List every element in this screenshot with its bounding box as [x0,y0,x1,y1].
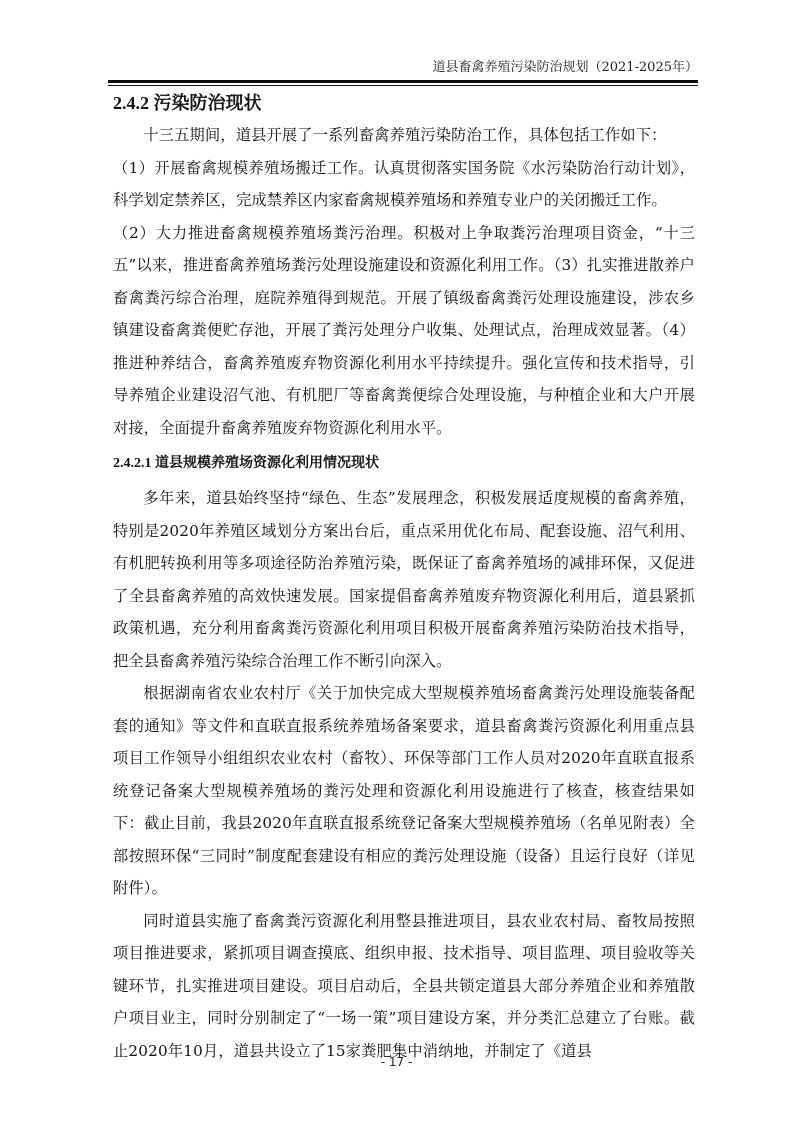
paragraph: 同时道县实施了畜禽粪污资源化利用整县推进项目，县农业农村局、畜牧局按照项目推进要… [113,905,695,1068]
paragraph: 多年来，道县始终坚持“绿色、生态”发展理念，积极发展适度规模的畜禽养殖，特别是2… [113,482,695,677]
paragraph: 根据湖南省农业农村厅《关于加快完成大型规模养殖场畜禽粪污处理设施装备配套的通知》… [113,677,695,905]
paragraph: 十三五期间，道县开展了一系列畜禽养殖污染防治工作，具体包括工作如下： [113,119,695,152]
page-number: - 17 - [0,1055,793,1069]
document-body: 2.4.2 污染防治现状 十三五期间，道县开展了一系列畜禽养殖污染防治工作，具体… [113,87,695,1067]
paragraph: （1）开展畜禽规模养殖场搬迁工作。认真贯彻落实国务院《水污染防治行动计划》，科学… [113,152,695,217]
header-rule-thick [108,80,698,83]
section-heading: 2.4.2 污染防治现状 [113,87,695,119]
header-rule-thin [108,85,698,86]
paragraph: （2）大力推进畜禽规模养殖场粪污治理。积极对上争取粪污治理项目资金，“十三五”以… [113,217,695,445]
running-header: 道县畜禽养殖污染防治规划（2021-2025年） [108,60,698,76]
subsection-heading: 2.4.2.1 道县规模养殖场资源化利用情况现状 [113,450,695,478]
